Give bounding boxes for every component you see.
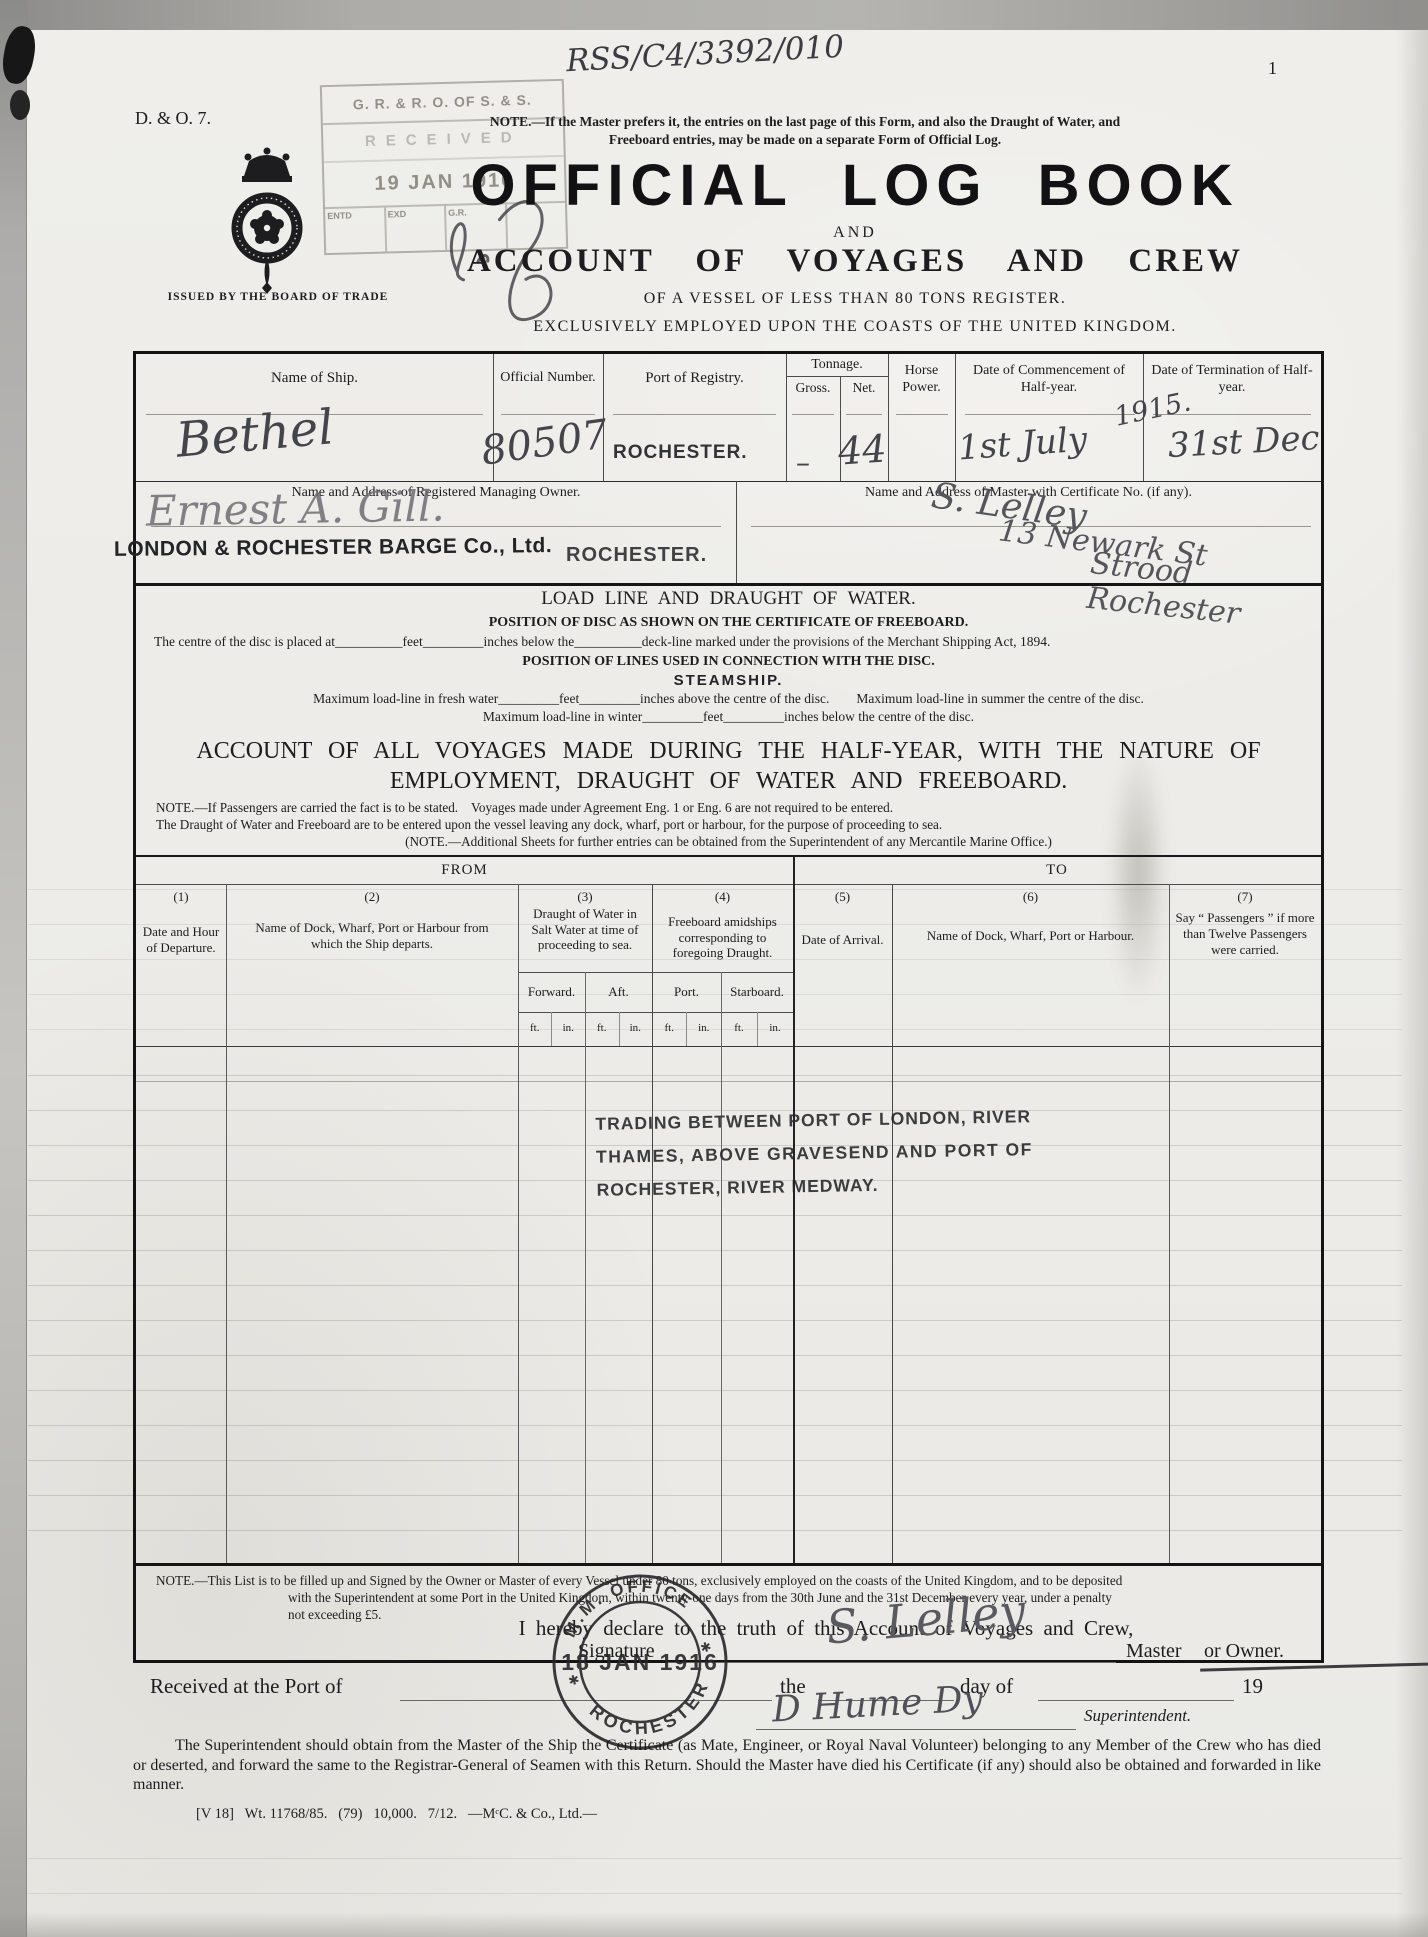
col7-number: (7) <box>1169 889 1321 905</box>
disc-heading: POSITION OF DISC AS SHOWN ON THE CERTIFI… <box>136 615 1321 631</box>
account-heading-line2: EMPLOYMENT, DRAUGHT OF WATER AND FREEBOA… <box>136 768 1321 795</box>
col6-header: Name of Dock, Wharf, Port or Harbour. <box>922 928 1139 944</box>
col-header-horse-power: Horse Power. <box>888 362 955 396</box>
official-number-value: 80507 <box>478 411 610 474</box>
col2-number: (2) <box>226 889 518 905</box>
grid-line <box>721 972 722 1563</box>
owner-port-stamp: ROCHESTER. <box>566 544 707 567</box>
scan-artifact-ink-blob <box>10 90 30 120</box>
and-label: AND <box>360 224 1350 242</box>
grid-line <box>518 972 793 973</box>
scanned-document-page: 1 RSS/C4/3392/010 D. & O. 7. G. R. & R. … <box>0 0 1428 1937</box>
trading-stamp-line3: ROCHESTER, RIVER MEDWAY. <box>596 1166 1033 1207</box>
masthead-note-line1: NOTE.—If the Master prefers it, the entr… <box>300 114 1310 130</box>
grid-line <box>585 972 586 1563</box>
main-form-box: Name of Ship. Official Number. Port of R… <box>133 351 1324 1663</box>
col-header-official-number: Official Number. <box>493 370 603 386</box>
superintendent-rule <box>756 1729 1076 1730</box>
col-header-gross: Gross. <box>786 380 840 396</box>
col5-header: Date of Arrival. <box>793 932 892 948</box>
ft-label: ft. <box>518 1022 552 1034</box>
col4-port-header: Port. <box>652 984 721 1000</box>
grid-line <box>892 884 893 1563</box>
grid-line <box>136 855 1321 857</box>
ship-name-value: Bethel <box>174 399 336 469</box>
ft-label: ft. <box>652 1022 687 1034</box>
in-label: in. <box>757 1022 793 1034</box>
lines-heading: POSITION OF LINES USED IN CONNECTION WIT… <box>136 654 1321 670</box>
col3-aft-header: Aft. <box>585 984 652 1000</box>
grid-line <box>1169 884 1170 1563</box>
grid-line <box>686 1012 687 1046</box>
grid-line <box>136 884 1321 885</box>
commencement-value: 1st July <box>957 420 1089 469</box>
section-rule <box>136 583 1321 586</box>
writing-line <box>896 414 948 415</box>
grid-line <box>757 1012 758 1046</box>
grid-line <box>619 1012 620 1046</box>
master-label: Master <box>1126 1640 1182 1663</box>
from-group-header: FROM <box>136 862 793 879</box>
in-label: in. <box>619 1022 653 1034</box>
col4-starboard-header: Starboard. <box>721 984 793 1000</box>
writing-line <box>846 414 882 415</box>
col-header-tonnage: Tonnage. <box>786 357 888 373</box>
grid-line <box>551 1012 552 1046</box>
tonnage-net-value: 44 <box>837 426 888 473</box>
col4-header: Freeboard amidships corresponding to for… <box>658 914 787 961</box>
scan-artifact-left-edge <box>0 0 27 1937</box>
trading-route-stamp: TRADING BETWEEN PORT OF LONDON, RIVER TH… <box>595 1100 1034 1207</box>
load-line-title: LOAD LINE AND DRAUGHT OF WATER. <box>136 588 1321 610</box>
superintendent-label: Superintendent. <box>1084 1706 1191 1726</box>
tonnage-gross-value: – <box>796 446 810 479</box>
grid-line <box>136 481 1321 482</box>
grid-line <box>136 1081 1321 1082</box>
col-header-commencement: Date of Commencement of Half-year. <box>963 362 1135 396</box>
document-title: OFFICIAL LOG BOOK <box>360 152 1350 219</box>
grid-line <box>136 1046 1321 1047</box>
declaration-note-line1: NOTE.—This List is to be filled up and S… <box>156 1573 1306 1589</box>
col-header-name-of-ship: Name of Ship. <box>136 370 493 387</box>
document-subtitle: ACCOUNT OF VOYAGES AND CREW <box>310 243 1400 280</box>
receipt-blank-line <box>1038 1700 1234 1701</box>
section-rule <box>136 1563 1321 1566</box>
owner-name-value: Ernest A. Gill. <box>146 481 445 535</box>
board-of-trade-crest <box>226 144 308 294</box>
col2-header: Name of Dock, Wharf, Port or Harbour fro… <box>246 920 498 952</box>
fresh-water-line: Maximum load-line in fresh water________… <box>136 691 1321 707</box>
ft-label: ft. <box>721 1022 757 1034</box>
year-prefix: 19 <box>1242 1674 1263 1699</box>
ft-label: ft. <box>585 1022 619 1034</box>
writing-line <box>792 414 834 415</box>
scan-artifact-bleed-lines <box>28 1825 1402 1925</box>
grid-line <box>226 884 227 1563</box>
printer-imprint: [V 18] Wt. 11768/85. (79) 10,000. 7/12. … <box>196 1806 597 1823</box>
vessel-line: OF A VESSEL OF LESS THAN 80 TONS REGISTE… <box>360 290 1350 308</box>
account-note1: NOTE.—If Passengers are carried the fact… <box>156 800 1306 816</box>
page-number: 1 <box>1268 58 1277 79</box>
grid-line <box>786 354 787 481</box>
in-label: in. <box>687 1022 722 1034</box>
scan-artifact-top-edge <box>0 0 1428 30</box>
disc-line: The centre of the disc is placed at_____… <box>154 634 1314 650</box>
account-heading-line1: ACCOUNT OF ALL VOYAGES MADE DURING THE H… <box>136 738 1321 765</box>
grid-line <box>518 1012 793 1013</box>
col4-number: (4) <box>652 889 793 905</box>
account-note2: The Draught of Water and Freeboard are t… <box>156 817 1306 833</box>
col-header-net: Net. <box>840 380 888 396</box>
stamp-date-text: 18 JAN 1916 <box>561 1649 719 1675</box>
received-at-label: Received at the Port of <box>150 1674 342 1699</box>
col-header-port-of-registry: Port of Registry. <box>603 370 786 387</box>
grid-line <box>518 884 519 1563</box>
col1-header: Date and Hour of Departure. <box>140 924 222 956</box>
grid-line <box>786 376 888 377</box>
grid-line <box>955 354 956 481</box>
grid-line <box>793 855 795 1563</box>
col6-number: (6) <box>892 889 1169 905</box>
owner-company-stamp: LONDON & ROCHESTER BARGE Co., Ltd. <box>114 534 552 562</box>
superintendent-instruction: The Superintendent should obtain from th… <box>133 1736 1321 1795</box>
col3-forward-header: Forward. <box>518 984 585 1000</box>
winter-line: Maximum load-line in winter_________feet… <box>136 709 1321 725</box>
termination-value: 31st Dec <box>1167 418 1320 466</box>
account-note3: (NOTE.—Additional Sheets for further ent… <box>136 834 1321 850</box>
port-of-registry-stamp: ROCHESTER. <box>613 442 748 464</box>
or-owner-struck: or Owner. <box>1204 1640 1428 1663</box>
col3-number: (3) <box>518 889 652 905</box>
writing-line <box>613 414 776 415</box>
steamship-stamp: STEAMSHIP. <box>136 672 1321 689</box>
grid-line <box>652 884 653 1563</box>
masthead-note-line2: Freeboard entries, may be made on a sepa… <box>300 132 1310 148</box>
col7-header: Say “ Passengers ” if more than Twelve P… <box>1175 910 1315 958</box>
col3-header: Draught of Water in Salt Water at time o… <box>524 906 646 953</box>
col1-number: (1) <box>136 889 226 905</box>
declaration-note-line2: with the Superintendent at some Port in … <box>288 1590 1308 1606</box>
col5-number: (5) <box>793 889 892 905</box>
form-code: D. & O. 7. <box>135 108 211 129</box>
to-group-header: TO <box>793 862 1321 879</box>
archive-reference: RSS/C4/3392/010 <box>565 29 845 80</box>
coasts-line: EXCLUSIVELY EMPLOYED UPON THE COASTS OF … <box>360 318 1350 336</box>
writing-line <box>965 414 1135 415</box>
in-label: in. <box>552 1022 586 1034</box>
